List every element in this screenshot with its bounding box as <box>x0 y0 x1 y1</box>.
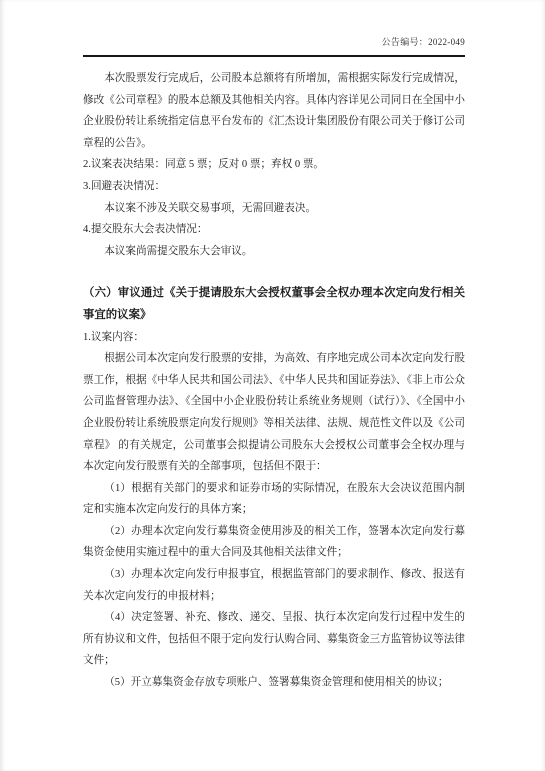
paragraph: 1.议案内容： <box>83 327 465 349</box>
paragraph: 2.议案表决结果：同意 5 票；反对 0 票；弃权 0 票。 <box>83 154 465 176</box>
paragraph: （3）办理本次定向发行申报事宜，根据监管部门的要求制作、修改、报送有关本次定向发… <box>83 564 465 607</box>
paragraph: （4）决定签署、补充、修改、递交、呈报、执行本次定向发行过程中发生的所有协议和文… <box>83 607 465 672</box>
announcement-page: 公告编号：2022-049 本次股票发行完成后，公司股本总额将有所增加，需根据实… <box>0 0 545 771</box>
paragraph: （1）根据有关部门的要求和证券市场的实际情况，在股东大会决议范围内制定和实施本次… <box>83 478 465 521</box>
paragraph: 3.回避表决情况： <box>83 176 465 198</box>
paragraph: 4.提交股东大会表决情况： <box>83 219 465 241</box>
paragraph: （5）开立募集资金存放专项账户、签署募集资金管理和使用相关的协议； <box>83 672 465 694</box>
page-content: 公告编号：2022-049 本次股票发行完成后，公司股本总额将有所增加，需根据实… <box>83 35 465 694</box>
document-body: 本次股票发行完成后，公司股本总额将有所增加，需根据实际发行完成情况，修改《公司章… <box>83 68 465 694</box>
paragraph: 本次股票发行完成后，公司股本总额将有所增加，需根据实际发行完成情况，修改《公司章… <box>83 68 465 154</box>
paragraph: （2）办理本次定向发行募集资金使用涉及的相关工作，签署本次定向发行募集资金使用实… <box>83 521 465 564</box>
paragraph: 根据公司本次定向发行股票的安排，为高效、有序地完成公司本次定向发行股票工作，根据… <box>83 348 465 478</box>
doc-number: 公告编号：2022-049 <box>83 35 465 48</box>
header-divider <box>83 55 465 57</box>
paragraph: 本议案尚需提交股东大会审议。 <box>83 241 465 263</box>
paragraph: 本议案不涉及关联交易事项，无需回避表决。 <box>83 198 465 220</box>
section-heading: （六）审议通过《关于提请股东大会授权董事会全权办理本次定向发行相关事宜的议案》 <box>83 283 465 326</box>
